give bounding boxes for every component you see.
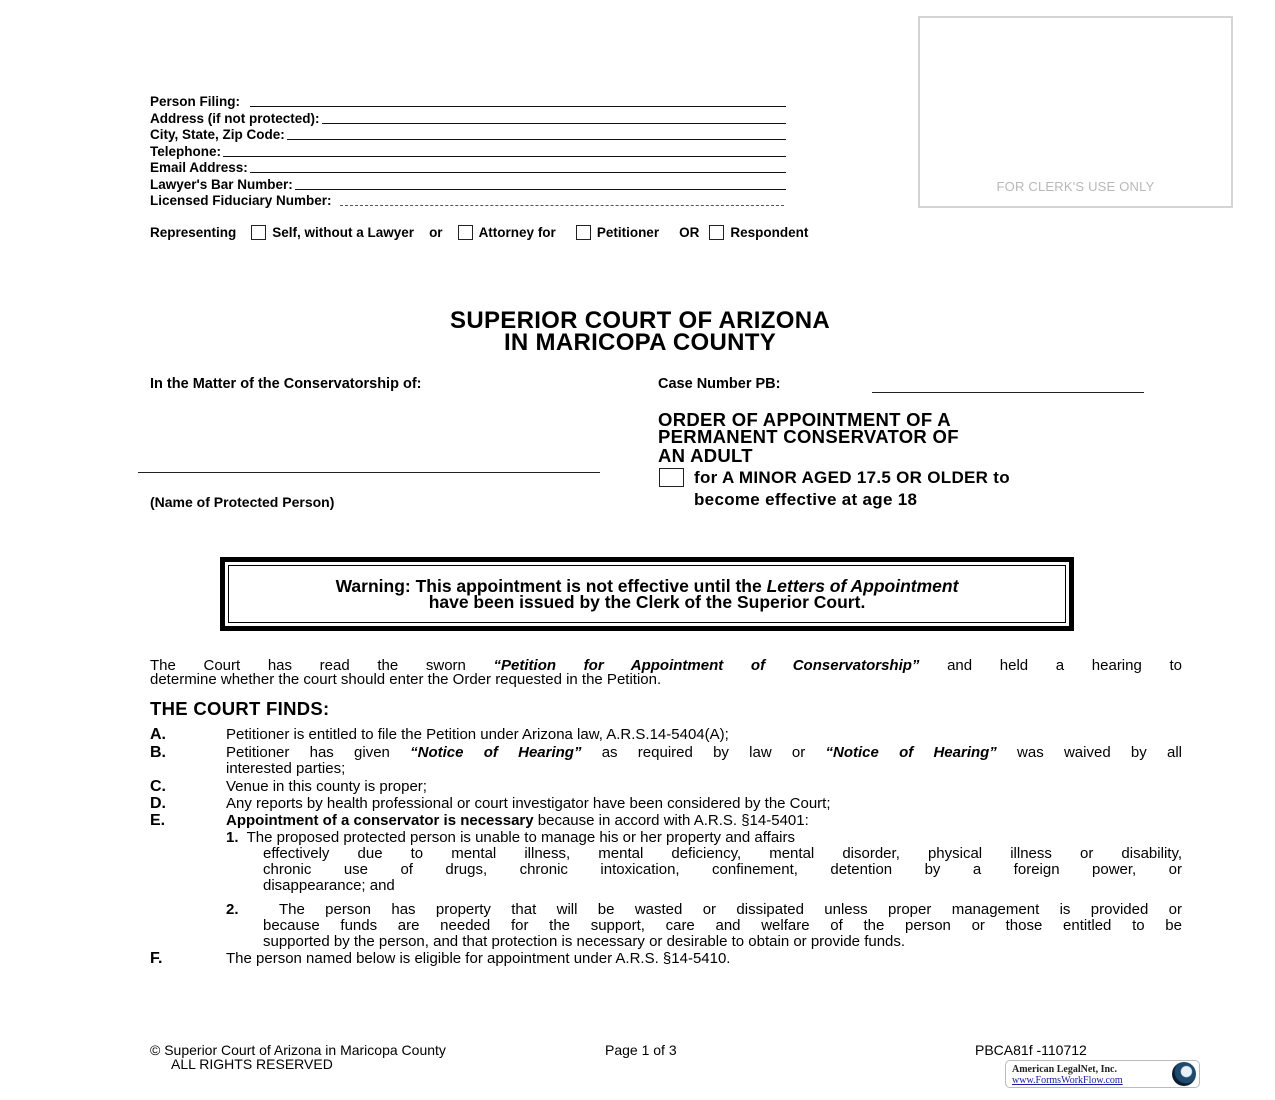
court-title-line2: IN MARICOPA COUNTY [300, 332, 980, 354]
vendor-name: American LegalNet, Inc. [1012, 1064, 1117, 1075]
field-input-line[interactable] [295, 189, 786, 190]
notice-of-hearing: “Notice of Hearing” [410, 744, 581, 761]
sub-text: chronic use of drugs, chronic intoxicati… [263, 862, 1182, 878]
sub-number: 2. [226, 901, 239, 918]
page-number: Page 1 of 3 [605, 1043, 677, 1057]
email-field[interactable]: Email Address: [150, 160, 786, 176]
self-checkbox[interactable] [251, 225, 266, 240]
text-part: as required by law or [581, 744, 825, 761]
person-filing-field[interactable]: Person Filing: [150, 94, 786, 110]
finding-text: Any reports by health professional or co… [226, 796, 1182, 812]
field-label: Lawyer's Bar Number: [150, 177, 293, 193]
field-label: Email Address: [150, 160, 248, 176]
finding-text: Petitioner is entitled to file the Petit… [226, 727, 1182, 743]
self-label: Self, without a Lawyer [272, 225, 414, 240]
finding-text-line2: interested parties; [226, 761, 1182, 777]
finding-e-sub-1: 1. The proposed protected person is unab… [226, 830, 1182, 894]
intro-text: and held a hearing to [919, 657, 1182, 674]
representing-label: Representing [150, 225, 236, 240]
finding-letter: E. [150, 813, 165, 829]
field-label: City, State, Zip Code: [150, 127, 285, 143]
attorney-checkbox[interactable] [458, 225, 473, 240]
field-input-line[interactable] [340, 205, 784, 206]
or-connector: or [429, 225, 443, 240]
vendor-badge[interactable]: American LegalNet, Inc. www.FormsWorkFlo… [1005, 1060, 1200, 1088]
finding-a: A. Petitioner is entitled to file the Pe… [150, 727, 1182, 743]
address-field[interactable]: Address (if not protected): [150, 111, 786, 127]
text-part: because in accord with A.R.S. §14-5401: [534, 812, 809, 829]
sub-text: The person has property that will be was… [279, 901, 1182, 918]
form-code: PBCA81f -110712 [975, 1043, 1087, 1057]
case-number-input-line[interactable] [872, 392, 1144, 393]
field-label: Telephone: [150, 144, 221, 160]
finding-text: The person named below is eligible for a… [226, 951, 1182, 967]
intro-line2: determine whether the court should enter… [150, 673, 1182, 687]
minor-checkbox[interactable] [659, 468, 684, 487]
text-part: Petitioner has given [226, 744, 410, 761]
clerk-use-box: FOR CLERK'S USE ONLY [918, 16, 1233, 208]
court-finds-heading: THE COURT FINDS: [150, 698, 330, 720]
vendor-link[interactable]: www.FormsWorkFlow.com [1012, 1075, 1123, 1086]
petitioner-checkbox[interactable] [576, 225, 591, 240]
footer-copyright: © Superior Court of Arizona in Maricopa … [150, 1043, 446, 1071]
finding-f: F. The person named below is eligible fo… [150, 951, 1182, 967]
bar-number-field[interactable]: Lawyer's Bar Number: [150, 177, 786, 193]
order-title-line2: PERMANENT CONSERVATOR OF [658, 428, 959, 445]
fiduciary-number-field[interactable]: Licensed Fiduciary Number: [150, 193, 784, 209]
representing-row: Representing Self, without a Lawyer or A… [150, 223, 808, 241]
court-title: SUPERIOR COURT OF ARIZONA IN MARICOPA CO… [300, 310, 980, 354]
necessity-statement: Appointment of a conservator is necessar… [226, 812, 534, 829]
rights-text: ALL RIGHTS RESERVED [171, 1057, 446, 1071]
sub-text: The proposed protected person is unable … [247, 829, 795, 846]
notice-of-hearing: “Notice of Hearing” [825, 744, 996, 761]
warning-text: Warning: This appointment is not effecti… [228, 565, 1066, 623]
sub-text: effectively due to mental illness, menta… [263, 846, 1182, 862]
clerk-use-label: FOR CLERK'S USE ONLY [920, 179, 1231, 194]
globe-icon [1172, 1062, 1196, 1086]
attorney-label: Attorney for [479, 225, 556, 240]
sub-text: because funds are needed for the support… [263, 918, 1182, 934]
intro-paragraph: The Court has read the sworn “Petition f… [150, 659, 1182, 687]
finding-text: Venue in this county is proper; [226, 779, 1182, 795]
finding-letter: A. [150, 727, 166, 743]
case-number-label: Case Number PB: [658, 376, 780, 392]
field-input-line[interactable] [250, 106, 786, 107]
finding-letter: D. [150, 796, 166, 812]
field-input-line[interactable] [322, 123, 786, 124]
sub-text: disappearance; and [263, 878, 1182, 894]
finding-e-sub-2: 2. The person has property that will be … [226, 902, 1182, 950]
field-label: Licensed Fiduciary Number: [150, 193, 332, 209]
minor-option-label: for A MINOR AGED 17.5 OR OLDER to become… [694, 467, 1010, 511]
minor-option-line1: for A MINOR AGED 17.5 OR OLDER to [694, 467, 1010, 489]
matter-label: In the Matter of the Conservatorship of: [150, 376, 422, 392]
text-part: was waived by all [997, 744, 1182, 761]
finding-text: Petitioner has given “Notice of Hearing”… [226, 745, 1182, 761]
respondent-checkbox[interactable] [709, 225, 724, 240]
field-input-line[interactable] [250, 172, 786, 173]
copyright-text: © Superior Court of Arizona in Maricopa … [150, 1043, 446, 1057]
respondent-label: Respondent [730, 225, 808, 240]
finding-letter: F. [150, 951, 162, 967]
field-input-line[interactable] [287, 139, 786, 140]
field-label: Person Filing: [150, 94, 240, 110]
protected-person-input-line[interactable] [138, 472, 600, 473]
warning-box: Warning: This appointment is not effecti… [220, 557, 1074, 631]
finding-letter: B. [150, 745, 166, 761]
order-title-line3: AN ADULT [658, 447, 959, 464]
minor-option-line2: become effective at age 18 [694, 489, 1010, 511]
or-connector-upper: OR [679, 225, 699, 240]
sub-number: 1. [226, 829, 239, 846]
order-title: ORDER OF APPOINTMENT OF A PERMANENT CONS… [658, 411, 959, 464]
finding-letter: C. [150, 779, 166, 795]
telephone-field[interactable]: Telephone: [150, 144, 786, 160]
sub-text: supported by the person, and that protec… [263, 934, 1182, 950]
finding-e: E. Appointment of a conservator is neces… [150, 813, 1182, 829]
field-input-line[interactable] [223, 156, 786, 157]
finding-c: C. Venue in this county is proper; [150, 779, 1182, 795]
petitioner-label: Petitioner [597, 225, 659, 240]
protected-person-label: (Name of Protected Person) [150, 494, 334, 510]
city-state-zip-field[interactable]: City, State, Zip Code: [150, 127, 786, 143]
warning-line2: have been issued by the Clerk of the Sup… [429, 594, 866, 610]
finding-b: B. Petitioner has given “Notice of Heari… [150, 745, 1182, 777]
field-label: Address (if not protected): [150, 111, 320, 127]
finding-d: D. Any reports by health professional or… [150, 796, 1182, 812]
finding-text: Appointment of a conservator is necessar… [226, 813, 1182, 829]
